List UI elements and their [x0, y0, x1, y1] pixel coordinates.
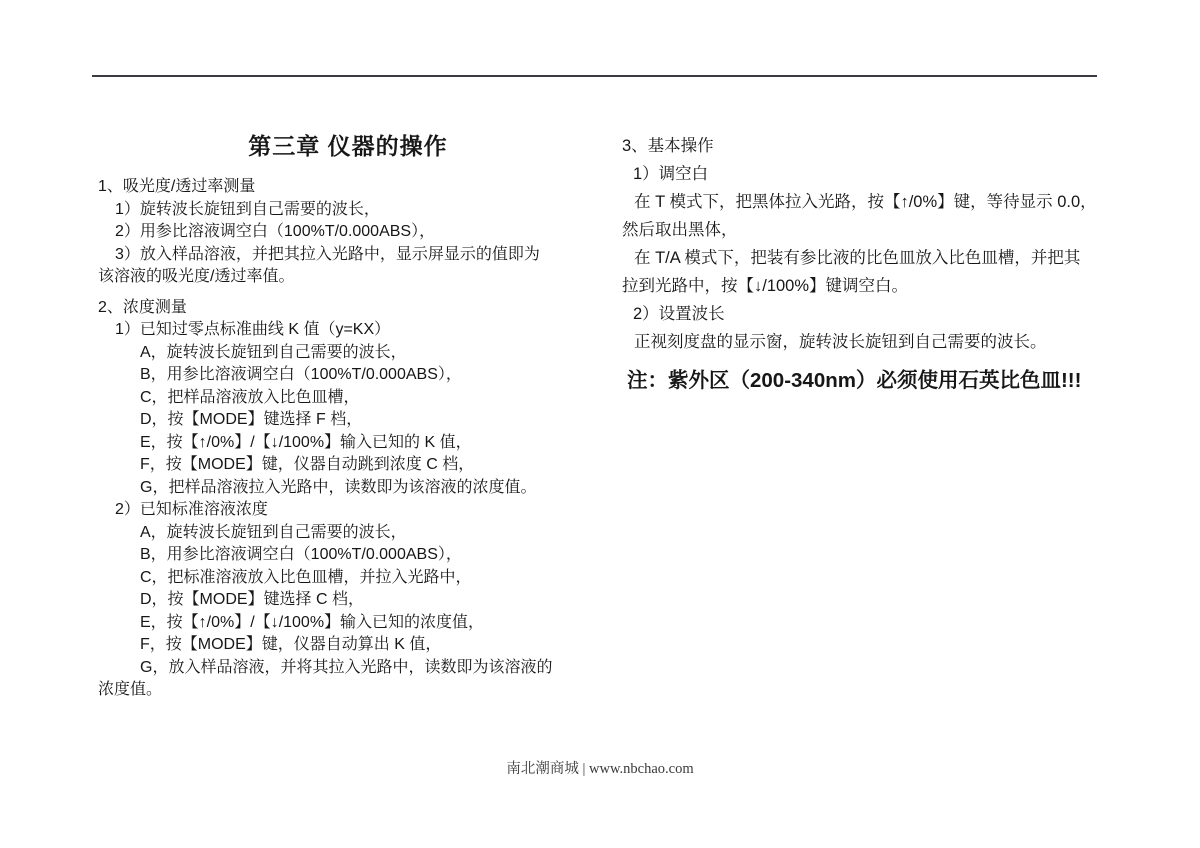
list-item: C，把样品溶液放入比色皿槽， [98, 387, 598, 410]
list-item: D，按【MODE】键选择 F 档， [98, 409, 598, 432]
list-item: 3）放入样品溶液，并把其拉入光路中，显示屏显示的值即为 该溶液的吸光度/透过率值… [98, 244, 598, 289]
list-item: B，用参比溶液调空白（100%T/0.000ABS）， [98, 544, 598, 567]
page-footer: 南北潮商城 | www.nbchao.com [0, 757, 1200, 778]
list-item: E，按【↑/0%】/【↓/100%】输入已知的浓度值， [98, 612, 598, 635]
right-column: 3、基本操作 1）调空白 在 T 模式下，把黑体拉入光路，按【↑/0%】键，等待… [622, 132, 1124, 396]
subsection-3-1-heading: 1）调空白 [622, 160, 1124, 188]
list-item: 1）旋转波长旋钮到自己需要的波长， [98, 199, 598, 222]
list-item: F，按【MODE】键，仪器自动算出 K 值， [98, 634, 598, 657]
list-item: F，按【MODE】键，仪器自动跳到浓度 C 档， [98, 454, 598, 477]
document-page: 第三章 仪器的操作 1、吸光度/透过率测量 1）旋转波长旋钮到自己需要的波长， … [0, 0, 1200, 848]
header-rule [92, 75, 1097, 77]
section-2-heading: 2、浓度测量 [98, 297, 598, 320]
section-3-heading: 3、基本操作 [622, 132, 1124, 160]
list-item: D，按【MODE】键选择 C 档， [98, 589, 598, 612]
list-item: A，旋转波长旋钮到自己需要的波长， [98, 342, 598, 365]
paragraph: 在 T 模式下，把黑体拉入光路，按【↑/0%】键，等待显示 0.0， 然后取出黑… [622, 188, 1124, 244]
left-column: 第三章 仪器的操作 1、吸光度/透过率测量 1）旋转波长旋钮到自己需要的波长， … [98, 130, 598, 702]
subsection-3-2-heading: 2）设置波长 [622, 300, 1124, 328]
list-item: B，用参比溶液调空白（100%T/0.000ABS）， [98, 364, 598, 387]
warning-note: 注：紫外区（200-340nm）必须使用石英比色皿!!! [622, 366, 1124, 396]
list-item: 2）用参比溶液调空白（100%T/0.000ABS）， [98, 221, 598, 244]
paragraph: 正视刻度盘的显示窗，旋转波长旋钮到自己需要的波长。 [622, 328, 1124, 356]
subsection-2-2-heading: 2）已知标准溶液浓度 [98, 499, 598, 522]
paragraph: 在 T/A 模式下，把装有参比液的比色皿放入比色皿槽，并把其 拉到光路中，按【↓… [622, 244, 1124, 300]
list-item: G，把样品溶液拉入光路中，读数即为该溶液的浓度值。 [98, 477, 598, 500]
chapter-title: 第三章 仪器的操作 [98, 130, 598, 162]
list-item: E，按【↑/0%】/【↓/100%】输入已知的 K 值， [98, 432, 598, 455]
list-item: G，放入样品溶液，并将其拉入光路中，读数即为该溶液的 浓度值。 [98, 657, 598, 702]
list-item: C，把标准溶液放入比色皿槽，并拉入光路中， [98, 567, 598, 590]
footer-text: 南北潮商城 | www.nbchao.com [506, 761, 693, 777]
section-1-heading: 1、吸光度/透过率测量 [98, 176, 598, 199]
list-item: A，旋转波长旋钮到自己需要的波长， [98, 522, 598, 545]
subsection-2-1-heading: 1）已知过零点标准曲线 K 值（y=KX） [98, 319, 598, 342]
